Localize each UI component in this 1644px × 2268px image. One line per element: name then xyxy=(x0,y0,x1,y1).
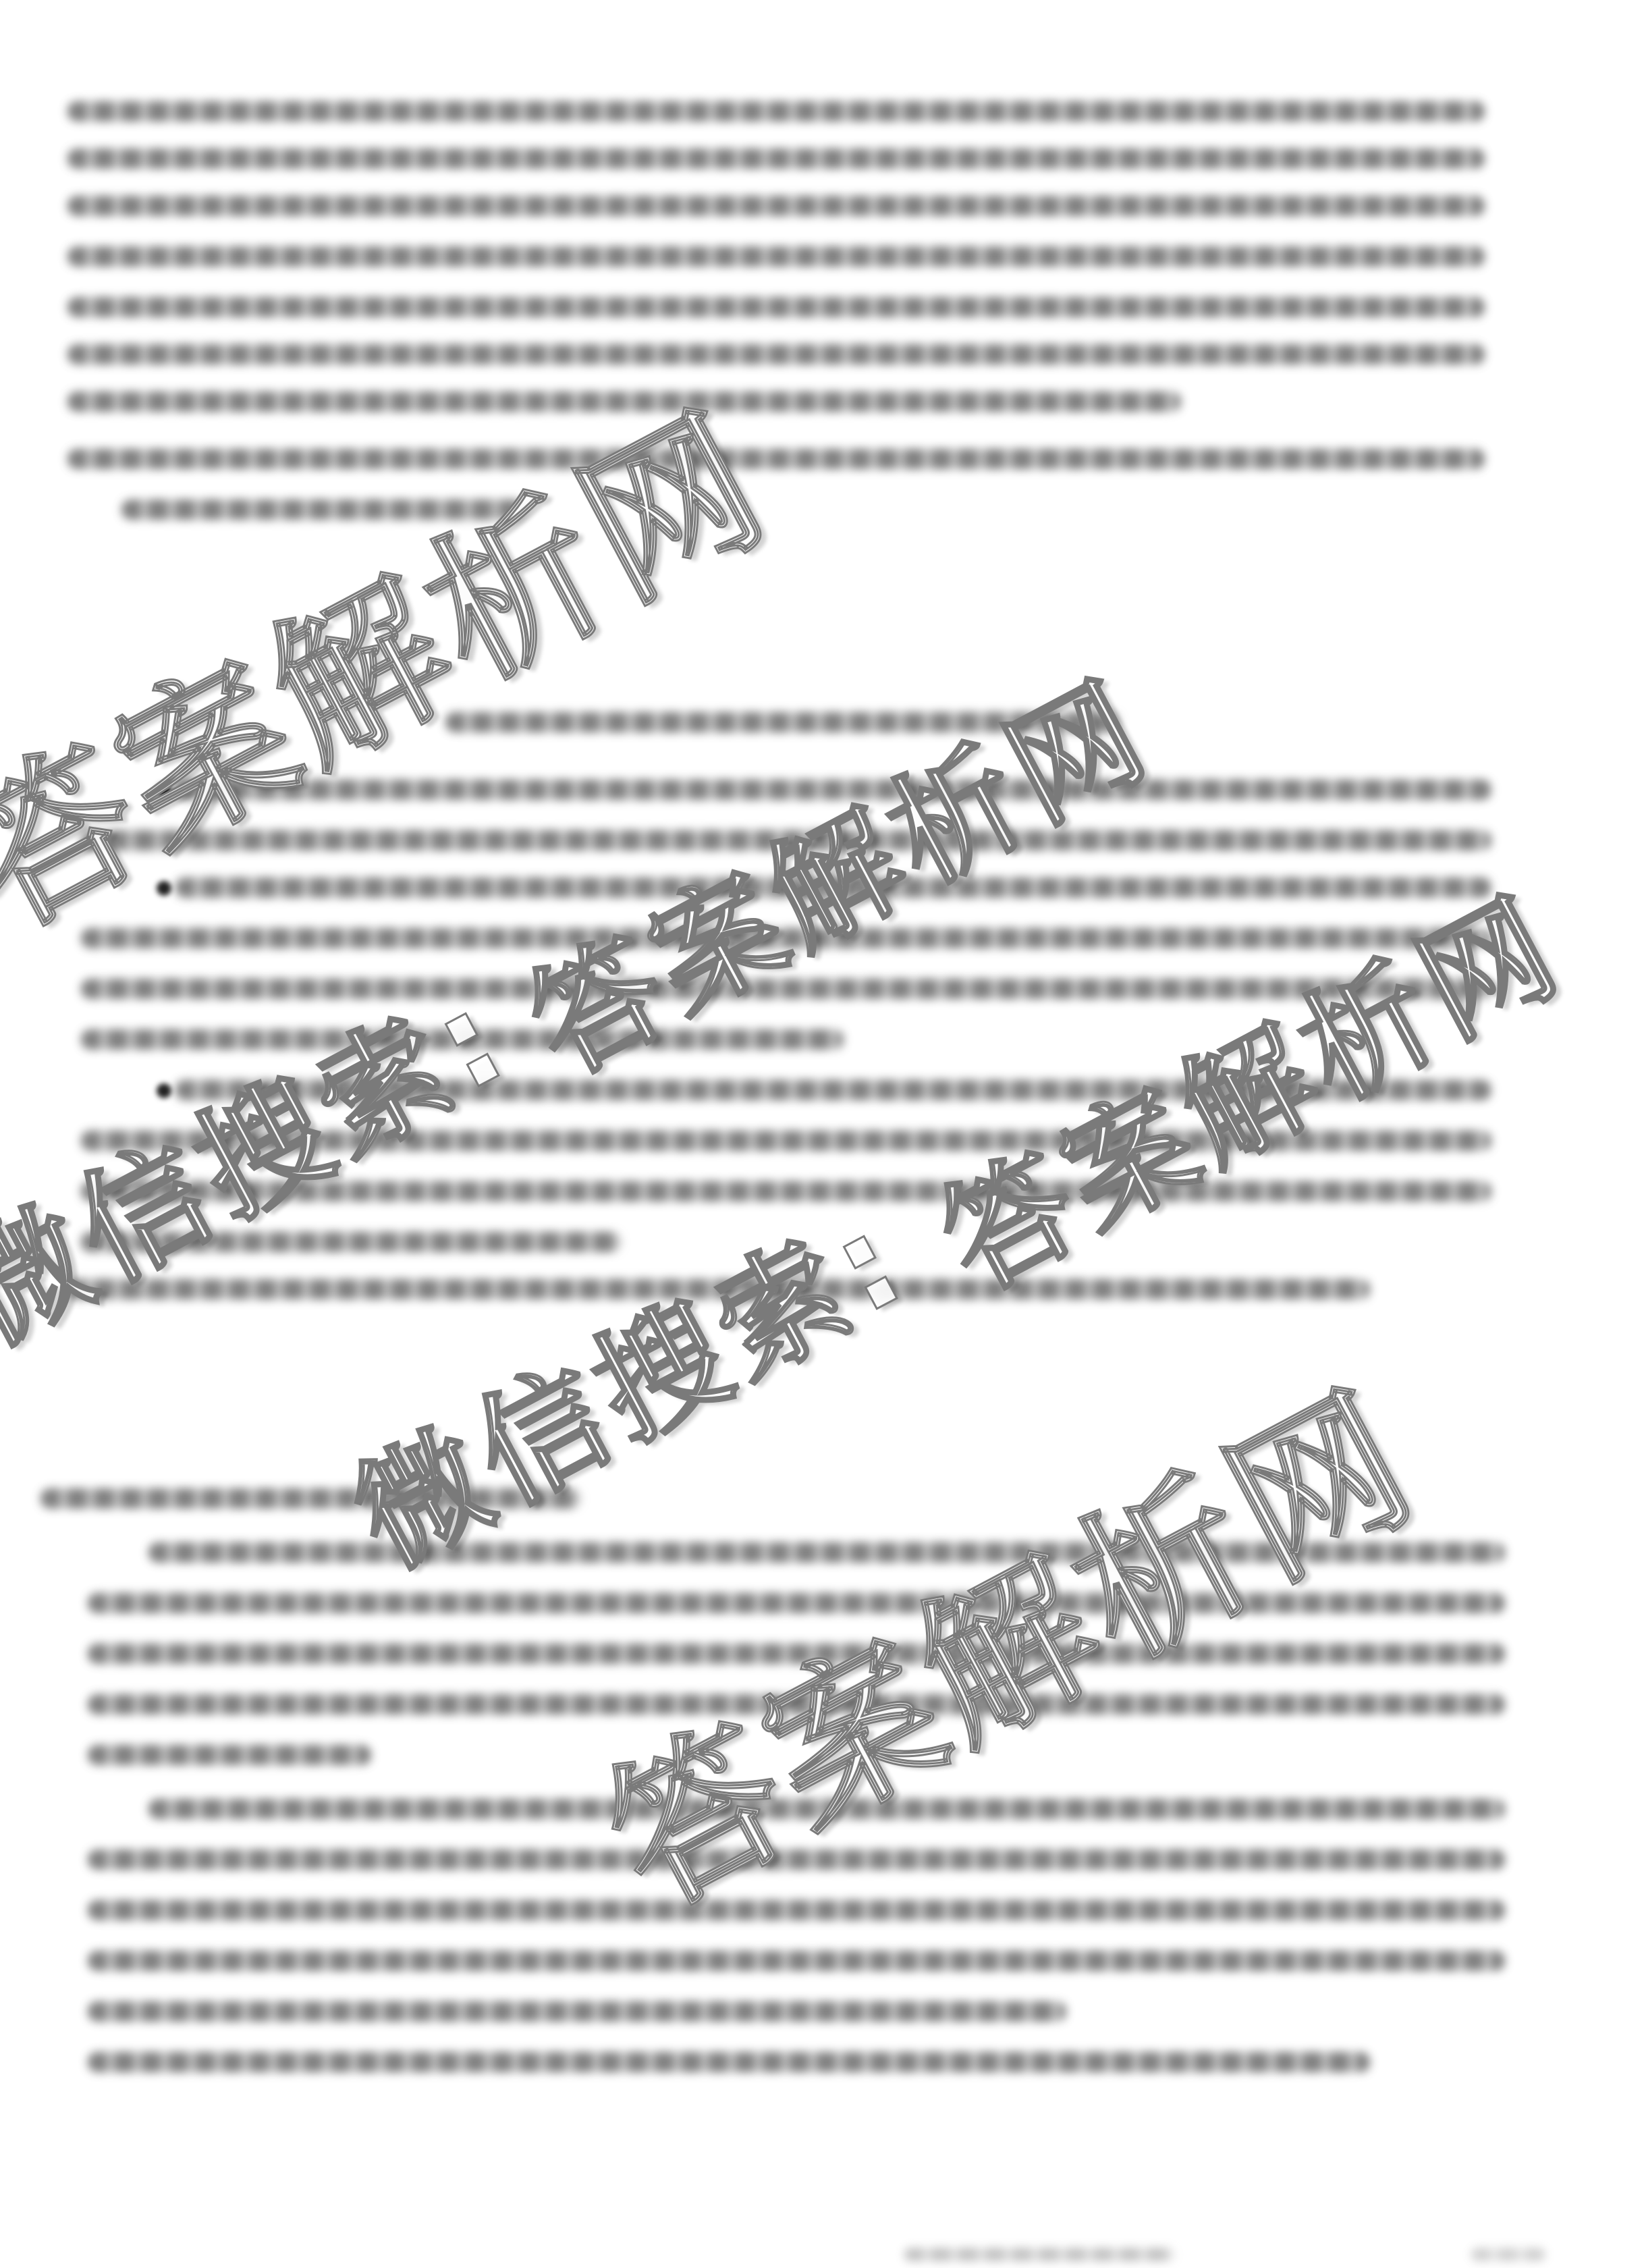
text-line xyxy=(67,101,1485,122)
footer-mark xyxy=(1471,2248,1545,2261)
text-line xyxy=(88,2052,1370,2072)
text-line xyxy=(67,196,1485,216)
text-line xyxy=(67,246,1485,267)
text-line xyxy=(67,344,1485,364)
text-line xyxy=(88,1951,1505,1971)
text-line xyxy=(88,1900,1505,1920)
text-line xyxy=(67,297,1485,317)
text-line xyxy=(88,1745,371,1765)
text-line xyxy=(88,2001,1066,2022)
text-line xyxy=(67,148,1485,169)
footer-mark xyxy=(904,2248,1174,2261)
text-line xyxy=(67,449,1485,469)
